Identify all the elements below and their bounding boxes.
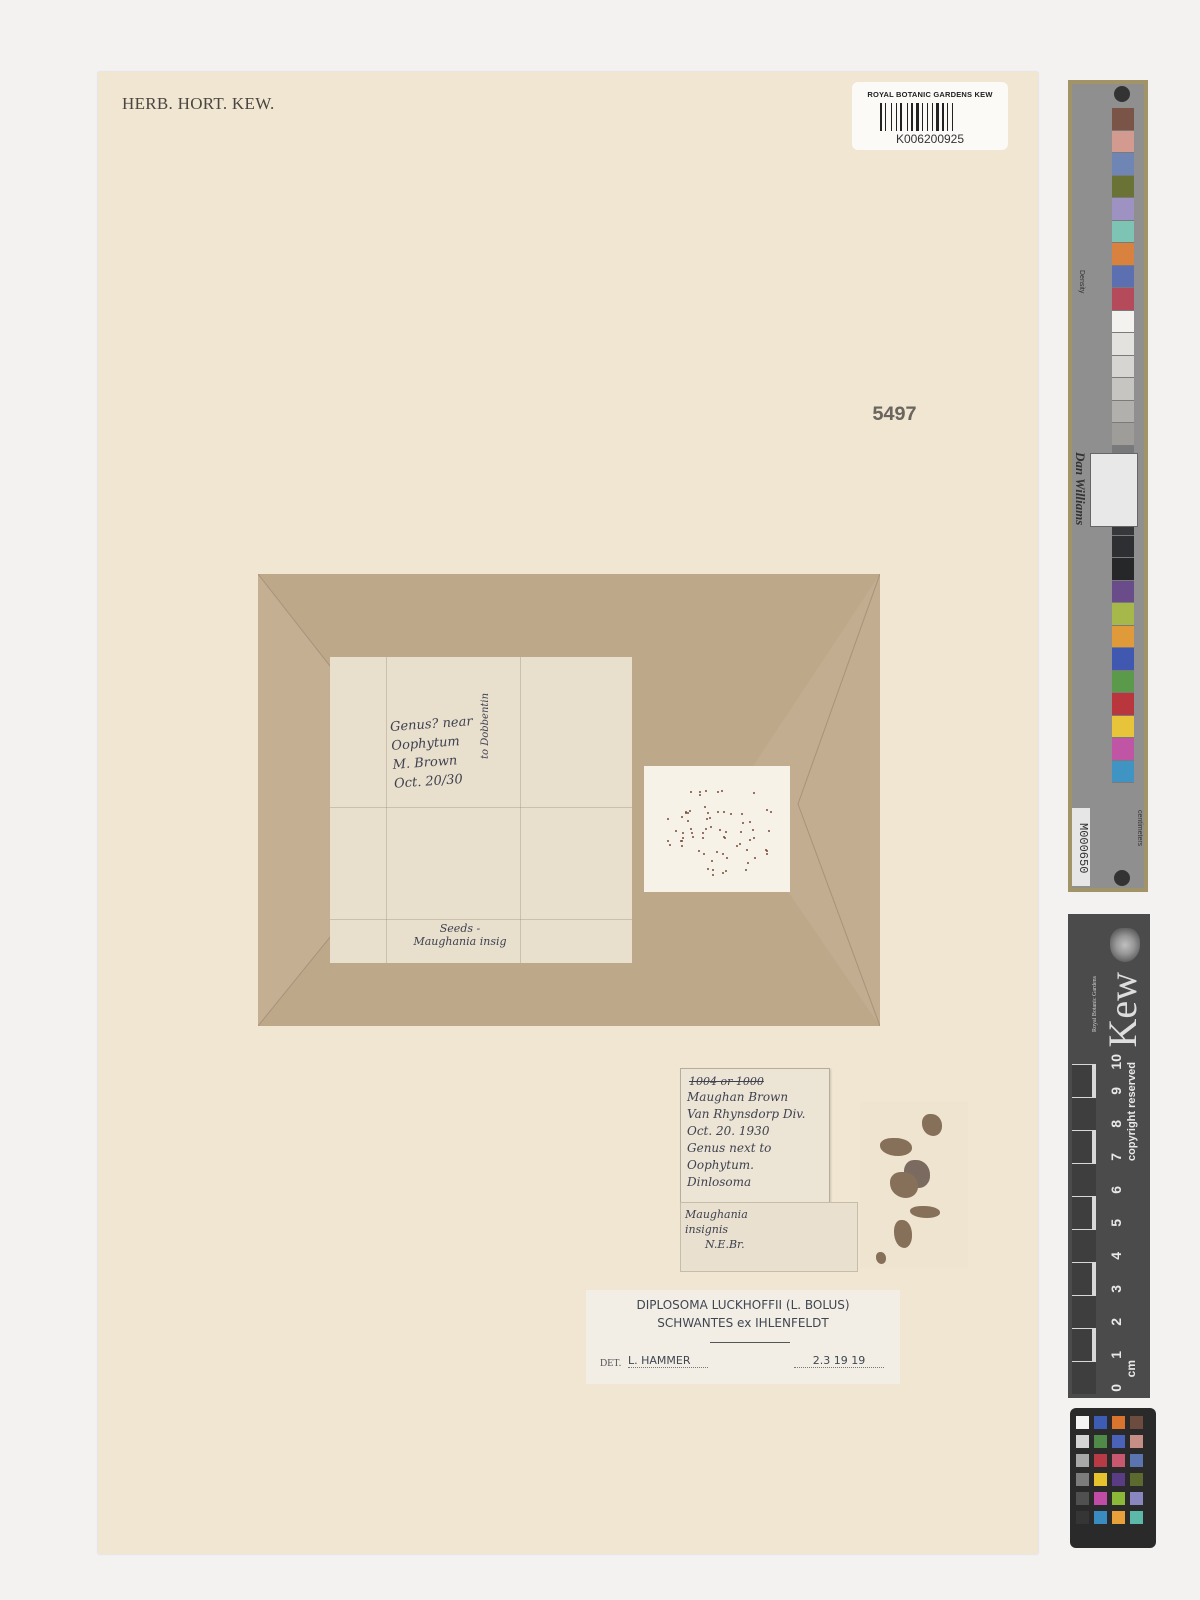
checker-patch <box>1130 1511 1143 1524</box>
color-swatch <box>1112 648 1134 671</box>
divider <box>710 1342 790 1343</box>
collector-line: Maughan Brown <box>687 1089 805 1106</box>
collector-line: Genus next to <box>687 1140 805 1157</box>
color-swatch <box>1112 738 1134 761</box>
pocket-line: N.E.Br. <box>685 1237 748 1252</box>
checker-patch <box>1130 1416 1143 1429</box>
checker-patch <box>1130 1492 1143 1505</box>
collector-line: Oct. 20. 1930 <box>687 1123 805 1140</box>
checker-patch <box>1130 1473 1143 1486</box>
color-checker <box>1070 1408 1156 1548</box>
checker-patch <box>1130 1435 1143 1448</box>
checker-patch <box>1112 1473 1125 1486</box>
checker-patch <box>1094 1473 1107 1486</box>
checker-patch <box>1094 1492 1107 1505</box>
collector-line: Dinlosoma <box>687 1174 805 1191</box>
color-swatch <box>1112 266 1134 289</box>
checker-patch <box>1112 1435 1125 1448</box>
copyright-notice: copyright reserved <box>1126 1062 1138 1161</box>
fold-line <box>520 657 521 963</box>
checker-patch <box>1076 1435 1089 1448</box>
color-swatch <box>1112 581 1134 604</box>
registration-dot-icon <box>1114 870 1130 886</box>
checker-patch <box>1076 1473 1089 1486</box>
color-swatch <box>1112 311 1134 334</box>
cm-ruler <box>1072 1064 1096 1394</box>
checker-patch <box>1076 1492 1089 1505</box>
seed-sample-card <box>644 766 790 892</box>
scale-tick-label: 9 <box>1108 1087 1124 1095</box>
scale-tick-label: 7 <box>1108 1153 1124 1161</box>
packet-side-note: to Dobbentin <box>480 693 491 759</box>
kew-logo: Kew <box>1102 972 1144 1048</box>
density-label: Density <box>1078 270 1085 293</box>
color-swatch <box>1112 626 1134 649</box>
pocket-line: insignis <box>685 1222 748 1237</box>
checker-patch <box>1094 1454 1107 1467</box>
color-calibration-chart: inches Density Dan Williams M000650 cent… <box>1068 80 1148 892</box>
checker-patch <box>1112 1416 1125 1429</box>
checker-patch <box>1112 1454 1125 1467</box>
color-swatch <box>1112 693 1134 716</box>
scale-tick-label: 5 <box>1108 1219 1124 1227</box>
determiner-name: L. HAMMER <box>628 1354 708 1368</box>
color-swatch <box>1112 761 1134 784</box>
scale-tick-label: 10 <box>1108 1054 1124 1070</box>
seed-envelope: Genus? near Oophytum M. Brown Oct. 20/30… <box>258 574 880 1026</box>
color-swatch <box>1112 378 1134 401</box>
checker-patch <box>1094 1435 1107 1448</box>
checker-patch <box>1076 1511 1089 1524</box>
scale-tick-label: 0 <box>1108 1384 1124 1392</box>
fold-line <box>330 807 632 808</box>
taxon-authority: SCHWANTES ex IHLENFELDT <box>586 1314 900 1332</box>
determination-slip: DIPLOSOMA LUCKHOFFII (L. BOLUS) SCHWANTE… <box>586 1290 900 1384</box>
herbarium-sheet: HERB. HORT. KEW. ROYAL BOTANIC GARDENS K… <box>98 72 1038 1554</box>
fold-line <box>330 919 632 920</box>
color-swatch <box>1112 536 1134 559</box>
color-swatch <box>1112 243 1134 266</box>
kew-scale-bar: Kew Royal Botanic Gardens 012345678910 c… <box>1068 914 1150 1398</box>
collector-label: 1004 or 1000 Maughan Brown Van Rhynsdorp… <box>680 1068 830 1208</box>
color-swatch <box>1112 423 1134 446</box>
seeds-label-line: Maughania insig <box>390 935 530 948</box>
collector-line: Oophytum. <box>687 1157 805 1174</box>
folded-seed-packet: Genus? near Oophytum M. Brown Oct. 20/30… <box>330 657 632 963</box>
scale-tick-label: 4 <box>1108 1252 1124 1260</box>
color-swatch <box>1112 401 1134 424</box>
barcode-icon <box>880 103 980 131</box>
kew-subtitle: Royal Botanic Gardens <box>1092 976 1098 1032</box>
scale-tick-label: 2 <box>1108 1318 1124 1326</box>
barcode-label: ROYAL BOTANIC GARDENS KEW K006200925 <box>852 82 1008 150</box>
collector-pocket: Maughania insignis N.E.Br. <box>680 1202 858 1272</box>
checker-patch <box>1094 1416 1107 1429</box>
det-prefix: DET. <box>600 1358 621 1369</box>
checker-patch <box>1112 1511 1125 1524</box>
chart-brand: Dan Williams <box>1072 452 1088 525</box>
scale-tick-label: 3 <box>1108 1285 1124 1293</box>
herbarium-header: HERB. HORT. KEW. <box>122 94 275 114</box>
scale-tick-label: 6 <box>1108 1186 1124 1194</box>
color-swatch <box>1112 288 1134 311</box>
scale-tick-label: 8 <box>1108 1120 1124 1128</box>
color-swatch <box>1112 356 1134 379</box>
seeds-label-line: Seeds - <box>390 922 530 935</box>
checker-patch <box>1094 1511 1107 1524</box>
color-swatch <box>1112 671 1134 694</box>
checker-patch <box>1130 1454 1143 1467</box>
color-swatch <box>1112 108 1134 131</box>
color-swatch <box>1112 603 1134 626</box>
color-swatch <box>1112 558 1134 581</box>
sheet-number: 5497 <box>872 404 916 427</box>
color-swatch <box>1112 221 1134 244</box>
struck-collection-number: 1004 or 1000 <box>689 1075 764 1088</box>
scale-tick-label: 1 <box>1108 1351 1124 1359</box>
grey-target-icon <box>1090 453 1138 527</box>
color-swatch <box>1112 131 1134 154</box>
barcode-number: K006200925 <box>852 132 1008 146</box>
chart-id: M000650 <box>1072 808 1090 886</box>
plant-specimen-fragments <box>860 1102 968 1268</box>
color-swatch <box>1112 176 1134 199</box>
determination-date: 2.3 19 19 <box>794 1354 884 1368</box>
packet-seeds-label: Seeds - Maughania insig <box>390 922 530 948</box>
color-swatches <box>1112 108 1134 783</box>
color-swatch <box>1112 198 1134 221</box>
institution-name: ROYAL BOTANIC GARDENS KEW <box>852 90 1008 99</box>
unit-label: cm <box>1124 1360 1138 1377</box>
royal-crest-icon <box>1110 928 1140 962</box>
taxon-name: DIPLOSOMA LUCKHOFFII (L. BOLUS) <box>586 1296 900 1314</box>
pocket-line: Maughania <box>685 1207 748 1222</box>
color-swatch <box>1112 333 1134 356</box>
color-swatch <box>1112 153 1134 176</box>
checker-patch <box>1076 1416 1089 1429</box>
color-swatch <box>1112 716 1134 739</box>
collector-line: Van Rhynsdorp Div. <box>687 1106 805 1123</box>
checker-patch <box>1076 1454 1089 1467</box>
packet-handwritten-note: Genus? near Oophytum M. Brown Oct. 20/30 <box>389 712 477 794</box>
fold-line <box>386 657 387 963</box>
registration-dot-icon <box>1114 86 1130 102</box>
checker-patch <box>1112 1492 1125 1505</box>
centimeters-label: centimeters <box>1136 810 1143 846</box>
